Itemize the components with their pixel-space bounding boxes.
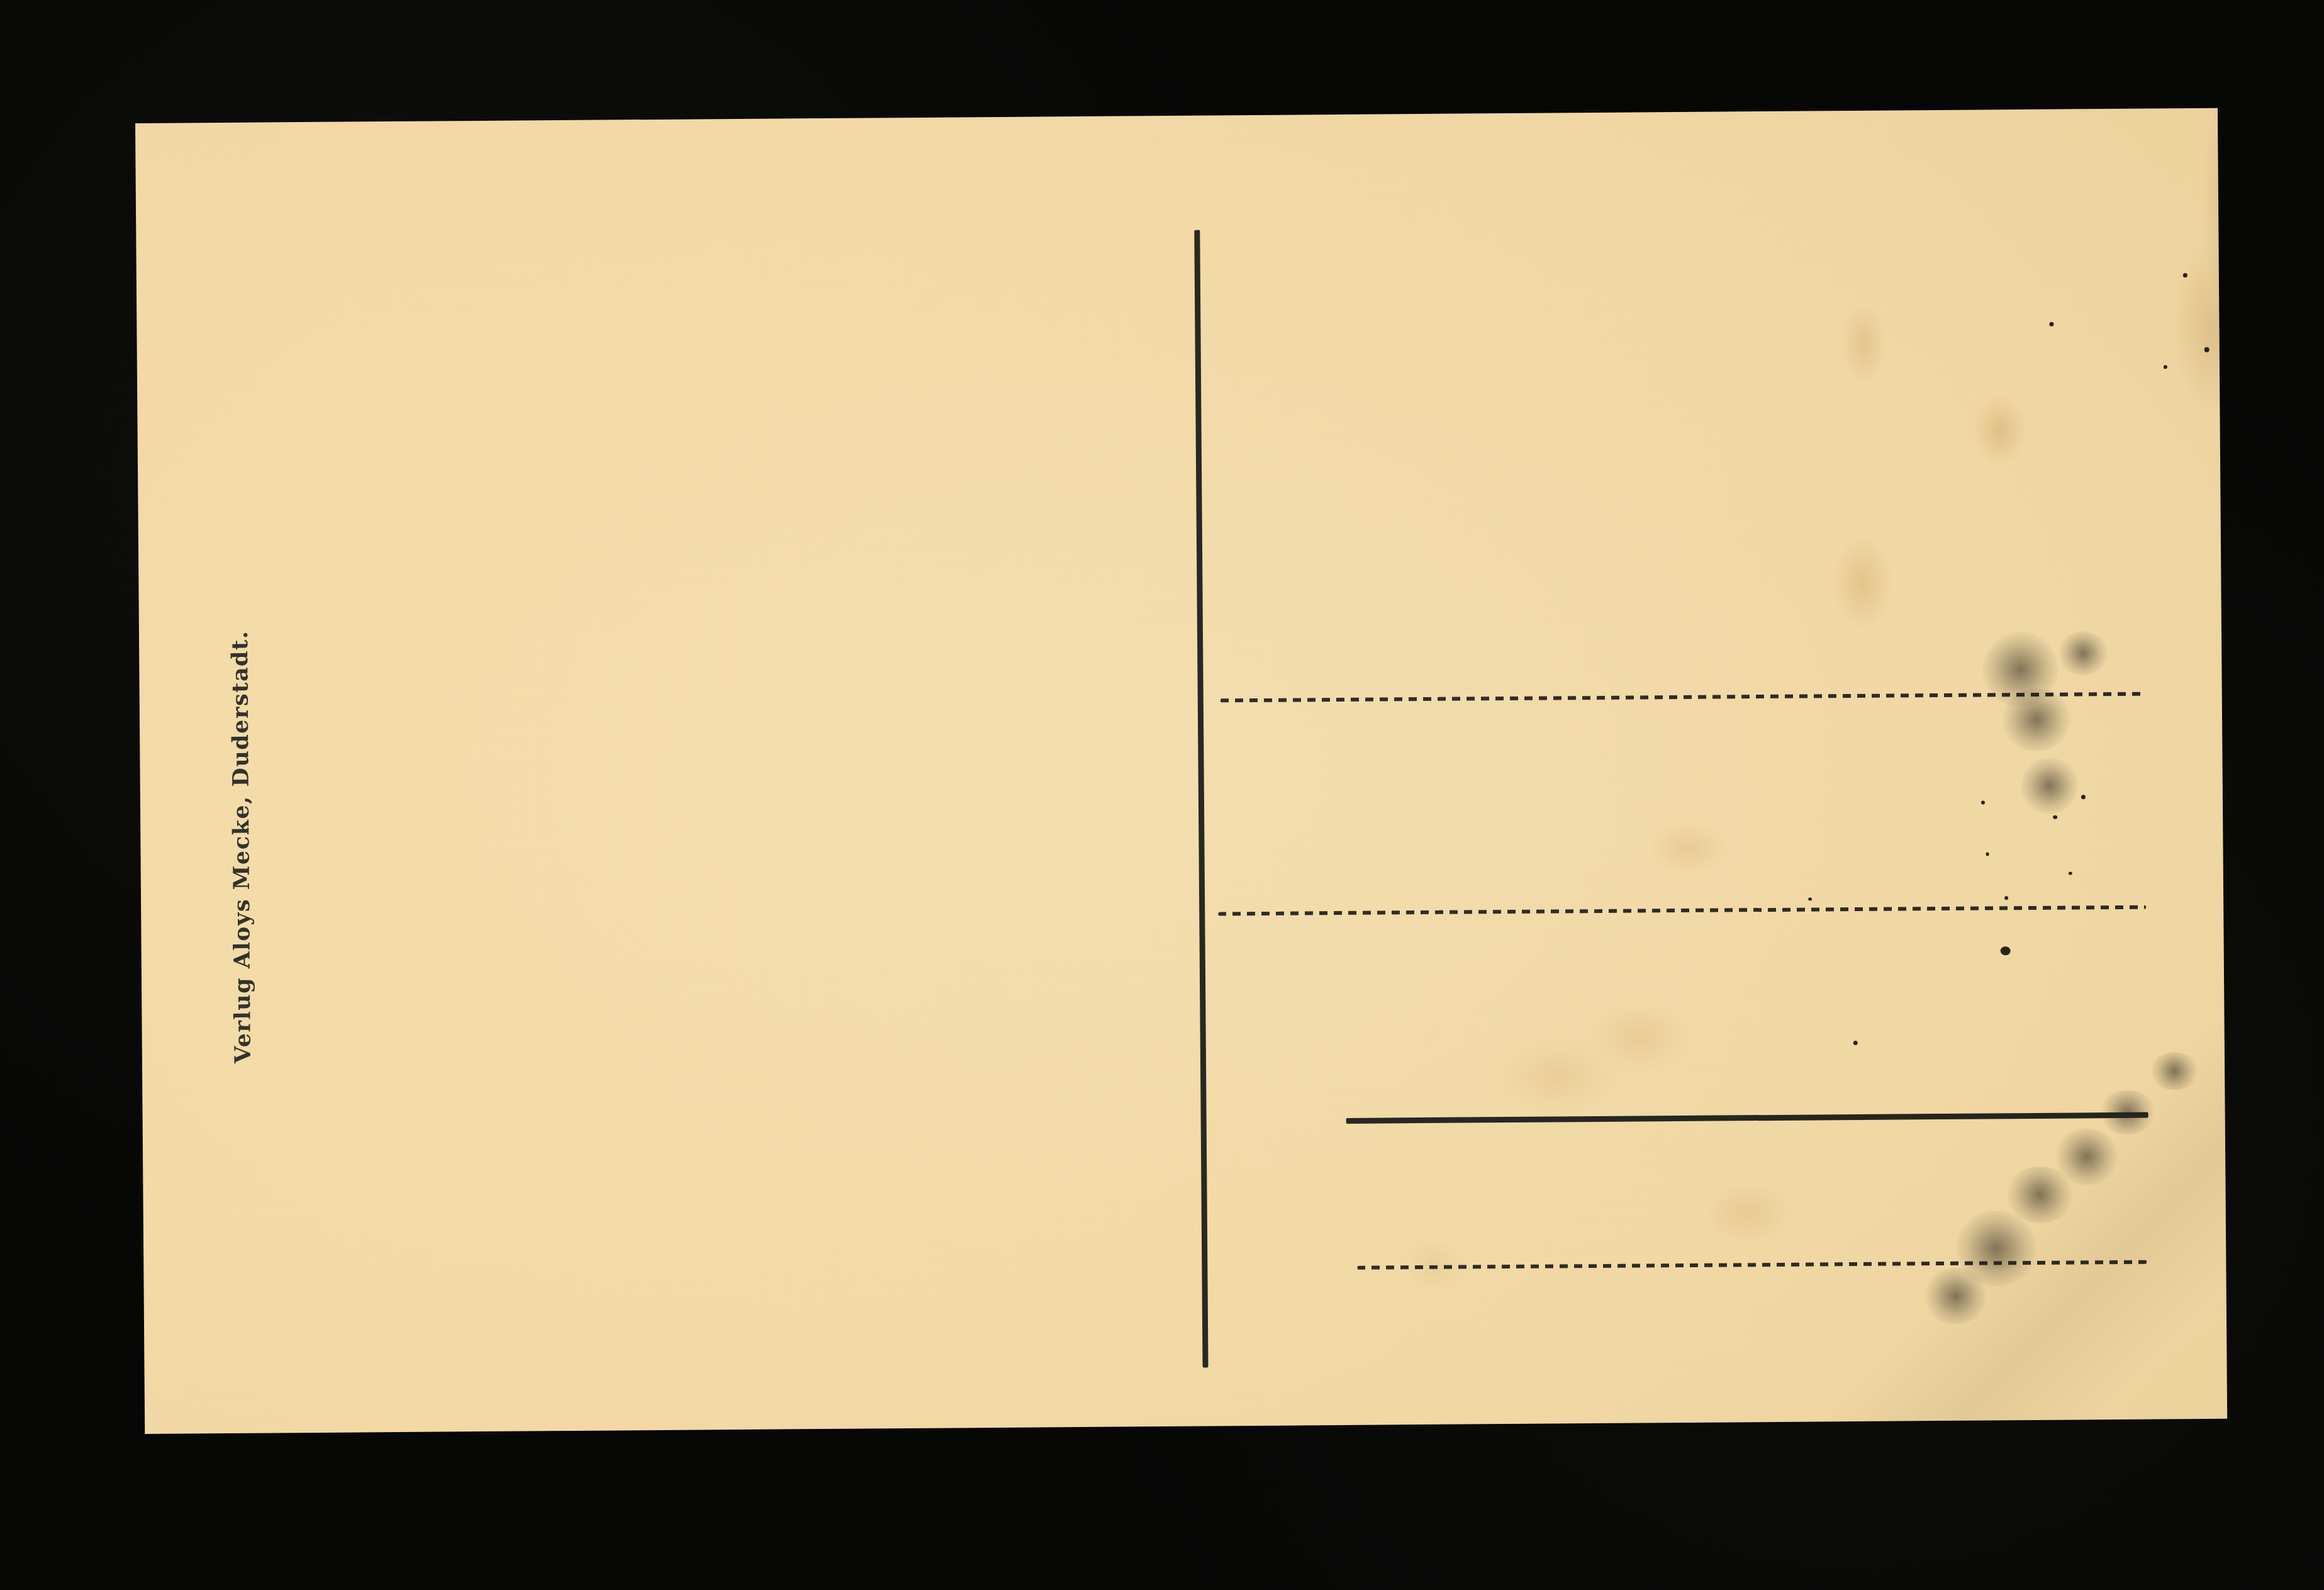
message-address-divider [1194,230,1208,1368]
speck [1981,800,1985,804]
speck [2069,871,2072,875]
speck [2204,347,2209,352]
stain [1924,1267,1987,1324]
postcard-back: Verlug Aloys Mecke, Duderstadt. [135,108,2227,1434]
speck [2053,815,2057,819]
speck [2164,365,2167,369]
stain [2149,1052,2199,1090]
stain [2058,631,2109,676]
stain [2055,1128,2119,1185]
stain [2021,757,2078,814]
address-line-3-solid [1346,1112,2148,1124]
speck [1986,852,1989,856]
speck [2049,322,2053,327]
stain [2099,1090,2156,1135]
speck [2081,795,2086,799]
speck [2004,896,2008,900]
publisher-imprint: Verlug Aloys Mecke, Duderstadt. [227,630,256,1063]
speck [1853,1041,1858,1045]
stain [2002,688,2072,751]
speck [2183,273,2187,277]
speck [1808,897,1812,900]
speck [2001,946,2011,955]
address-line-2 [1218,905,2146,916]
